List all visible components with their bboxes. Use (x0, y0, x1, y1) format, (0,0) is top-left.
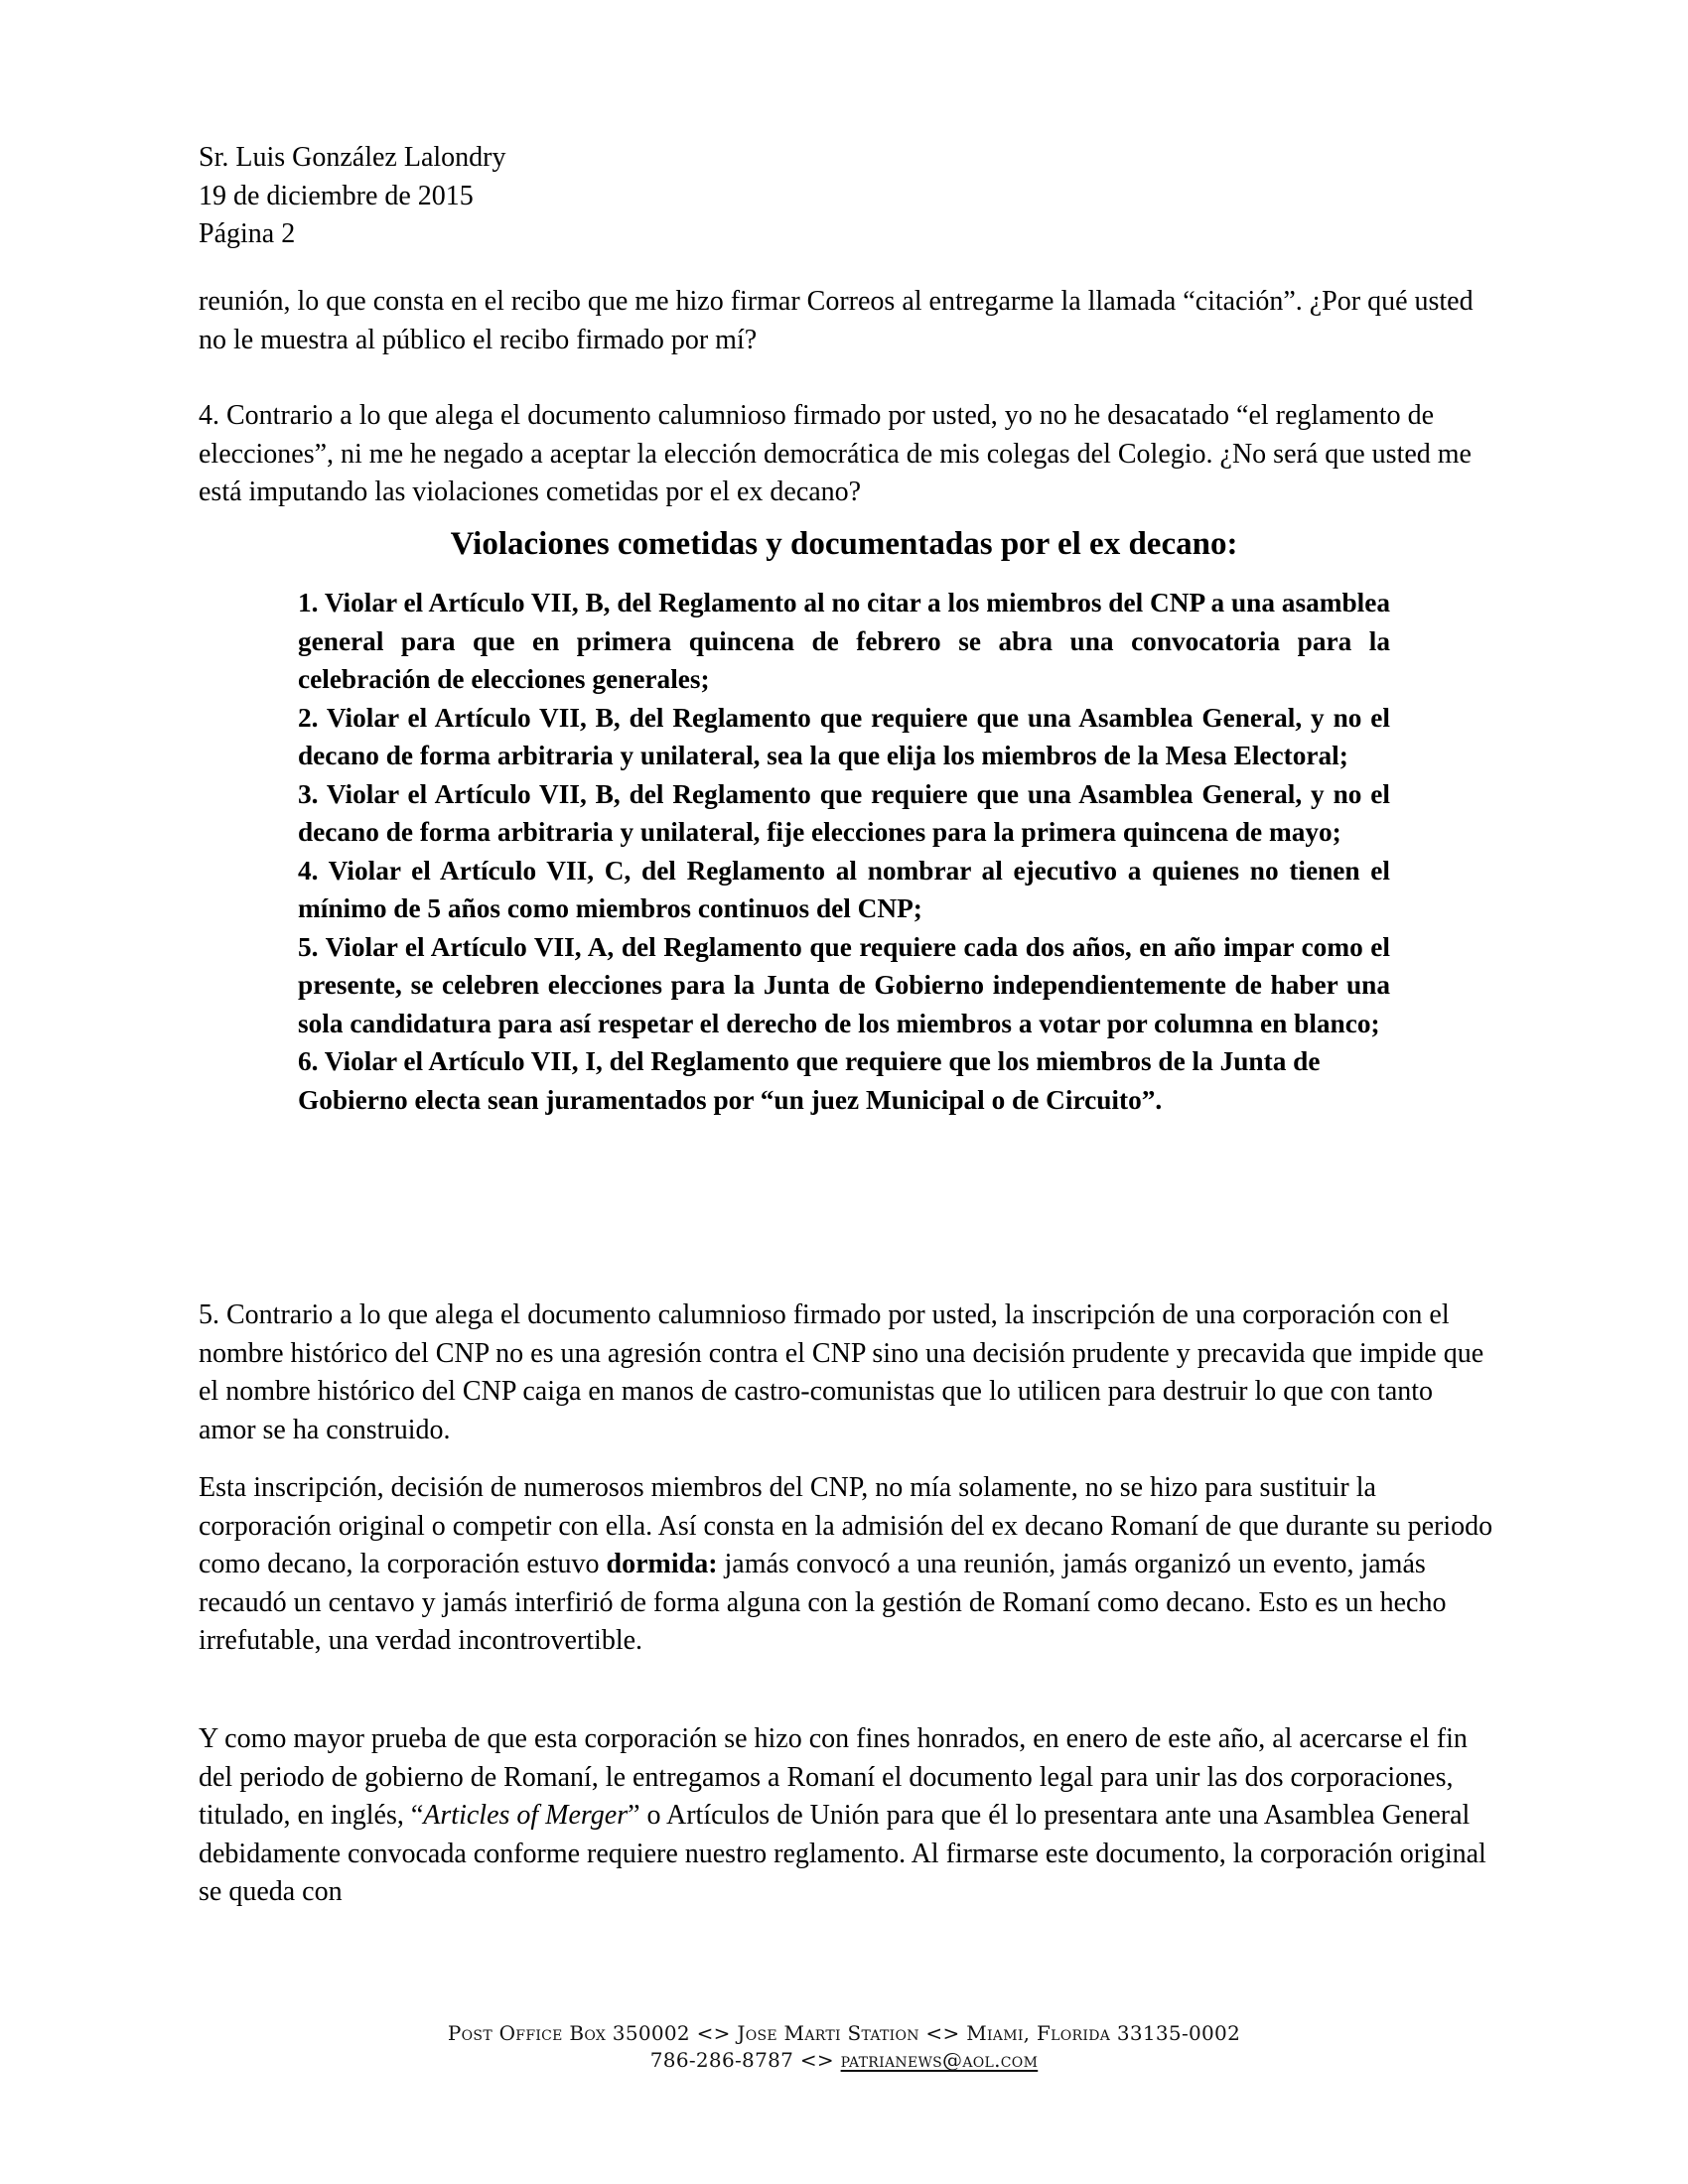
footer-phone: 786-286-8787 (650, 2048, 793, 2072)
footer-address: Post Office Box 350002 <> Jose Marti Sta… (0, 2020, 1688, 2047)
letter-header: Sr. Luis González Lalondry 19 de diciemb… (199, 139, 505, 254)
letterhead-footer: Post Office Box 350002 <> Jose Marti Sta… (0, 2020, 1688, 2074)
recipient-name: Sr. Luis González Lalondry (199, 139, 505, 178)
letter-page: Sr. Luis González Lalondry 19 de diciemb… (0, 0, 1688, 2184)
violation-item: 2. Violar el Artículo VII, B, del Reglam… (298, 699, 1390, 775)
footer-email-link[interactable]: patrianews@aol.com (841, 2048, 1039, 2072)
paragraph-continuation: reunión, lo que consta en el recibo que … (199, 283, 1494, 359)
paragraph-proof: Y como mayor prueba de que esta corporac… (199, 1720, 1494, 1912)
letter-date: 19 de diciembre de 2015 (199, 178, 505, 216)
page-number: Página 2 (199, 215, 505, 254)
footer-separator: <> (793, 2048, 840, 2072)
violation-item: 1. Violar el Artículo VII, B, del Reglam… (298, 584, 1390, 699)
paragraph-point-5: 5. Contrario a lo que alega el documento… (199, 1297, 1494, 1449)
violations-list: 1. Violar el Artículo VII, B, del Reglam… (298, 584, 1390, 1119)
violation-item: 6. Violar el Artículo VII, I, del Reglam… (298, 1042, 1390, 1119)
footer-contact: 786-286-8787 <> patrianews@aol.com (0, 2047, 1688, 2074)
violation-item: 5. Violar el Artículo VII, A, del Reglam… (298, 928, 1390, 1043)
violation-item: 4. Violar el Artículo VII, C, del Reglam… (298, 852, 1390, 928)
articles-of-merger-title: Articles of Merger (423, 1800, 628, 1831)
violations-heading: Violaciones cometidas y documentadas por… (199, 524, 1489, 564)
paragraph-point-4: 4. Contrario a lo que alega el documento… (199, 397, 1494, 512)
inscription-emphasis: dormida: (607, 1549, 718, 1579)
paragraph-inscription: Esta inscripción, decisión de numerosos … (199, 1469, 1494, 1661)
violation-item: 3. Violar el Artículo VII, B, del Reglam… (298, 775, 1390, 852)
